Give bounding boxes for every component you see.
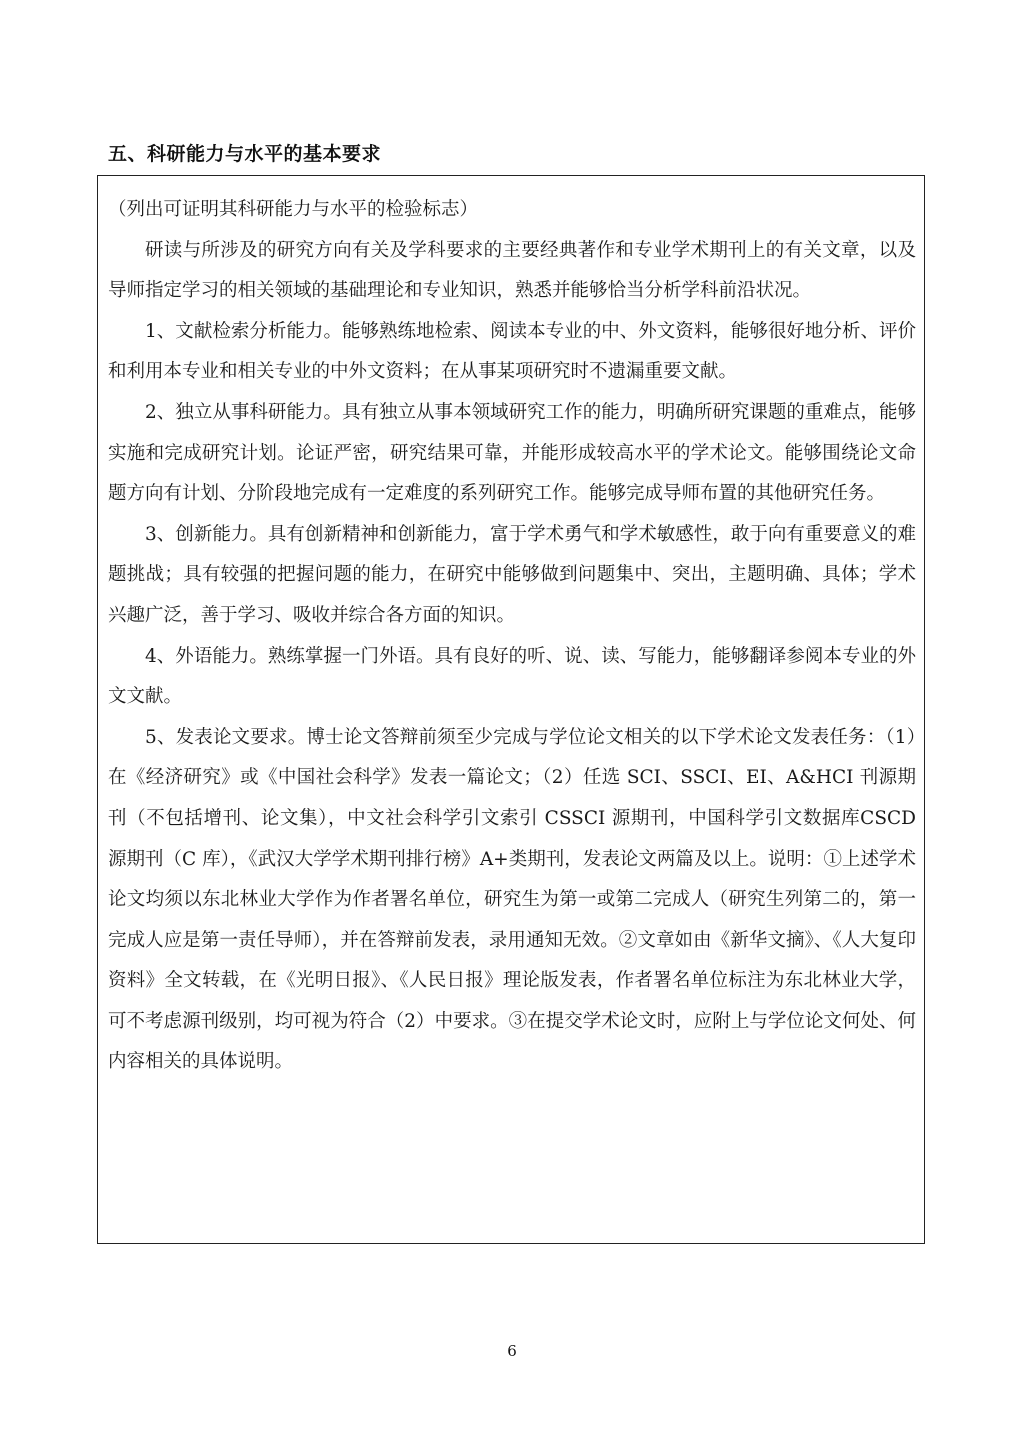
paragraph-literature-retrieval: 1、文献检索分析能力。能够熟练地检索、阅读本专业的中、外文资料，能够很好地分析、… xyxy=(108,312,916,393)
section-heading: 五、科研能力与水平的基本要求 xyxy=(108,140,381,168)
instruction-note: （列出可证明其科研能力与水平的检验标志） xyxy=(108,190,916,231)
page-number: 6 xyxy=(0,1342,1024,1360)
paragraph-independent-research: 2、独立从事科研能力。具有独立从事本领域研究工作的能力，明确所研究课题的重难点，… xyxy=(108,393,916,515)
paragraph-intro: 研读与所涉及的研究方向有关及学科要求的主要经典著作和专业学术期刊上的有关文章，以… xyxy=(108,231,916,312)
requirements-content: （列出可证明其科研能力与水平的检验标志） 研读与所涉及的研究方向有关及学科要求的… xyxy=(108,190,916,1083)
requirements-box: （列出可证明其科研能力与水平的检验标志） 研读与所涉及的研究方向有关及学科要求的… xyxy=(97,175,925,1244)
paragraph-publication-requirements: 5、发表论文要求。博士论文答辩前须至少完成与学位论文相关的以下学术论文发表任务：… xyxy=(108,718,916,1083)
paragraph-foreign-language: 4、外语能力。熟练掌握一门外语。具有良好的听、说、读、写能力，能够翻译参阅本专业… xyxy=(108,637,916,718)
paragraph-innovation: 3、创新能力。具有创新精神和创新能力，富于学术勇气和学术敏感性，敢于向有重要意义… xyxy=(108,515,916,637)
